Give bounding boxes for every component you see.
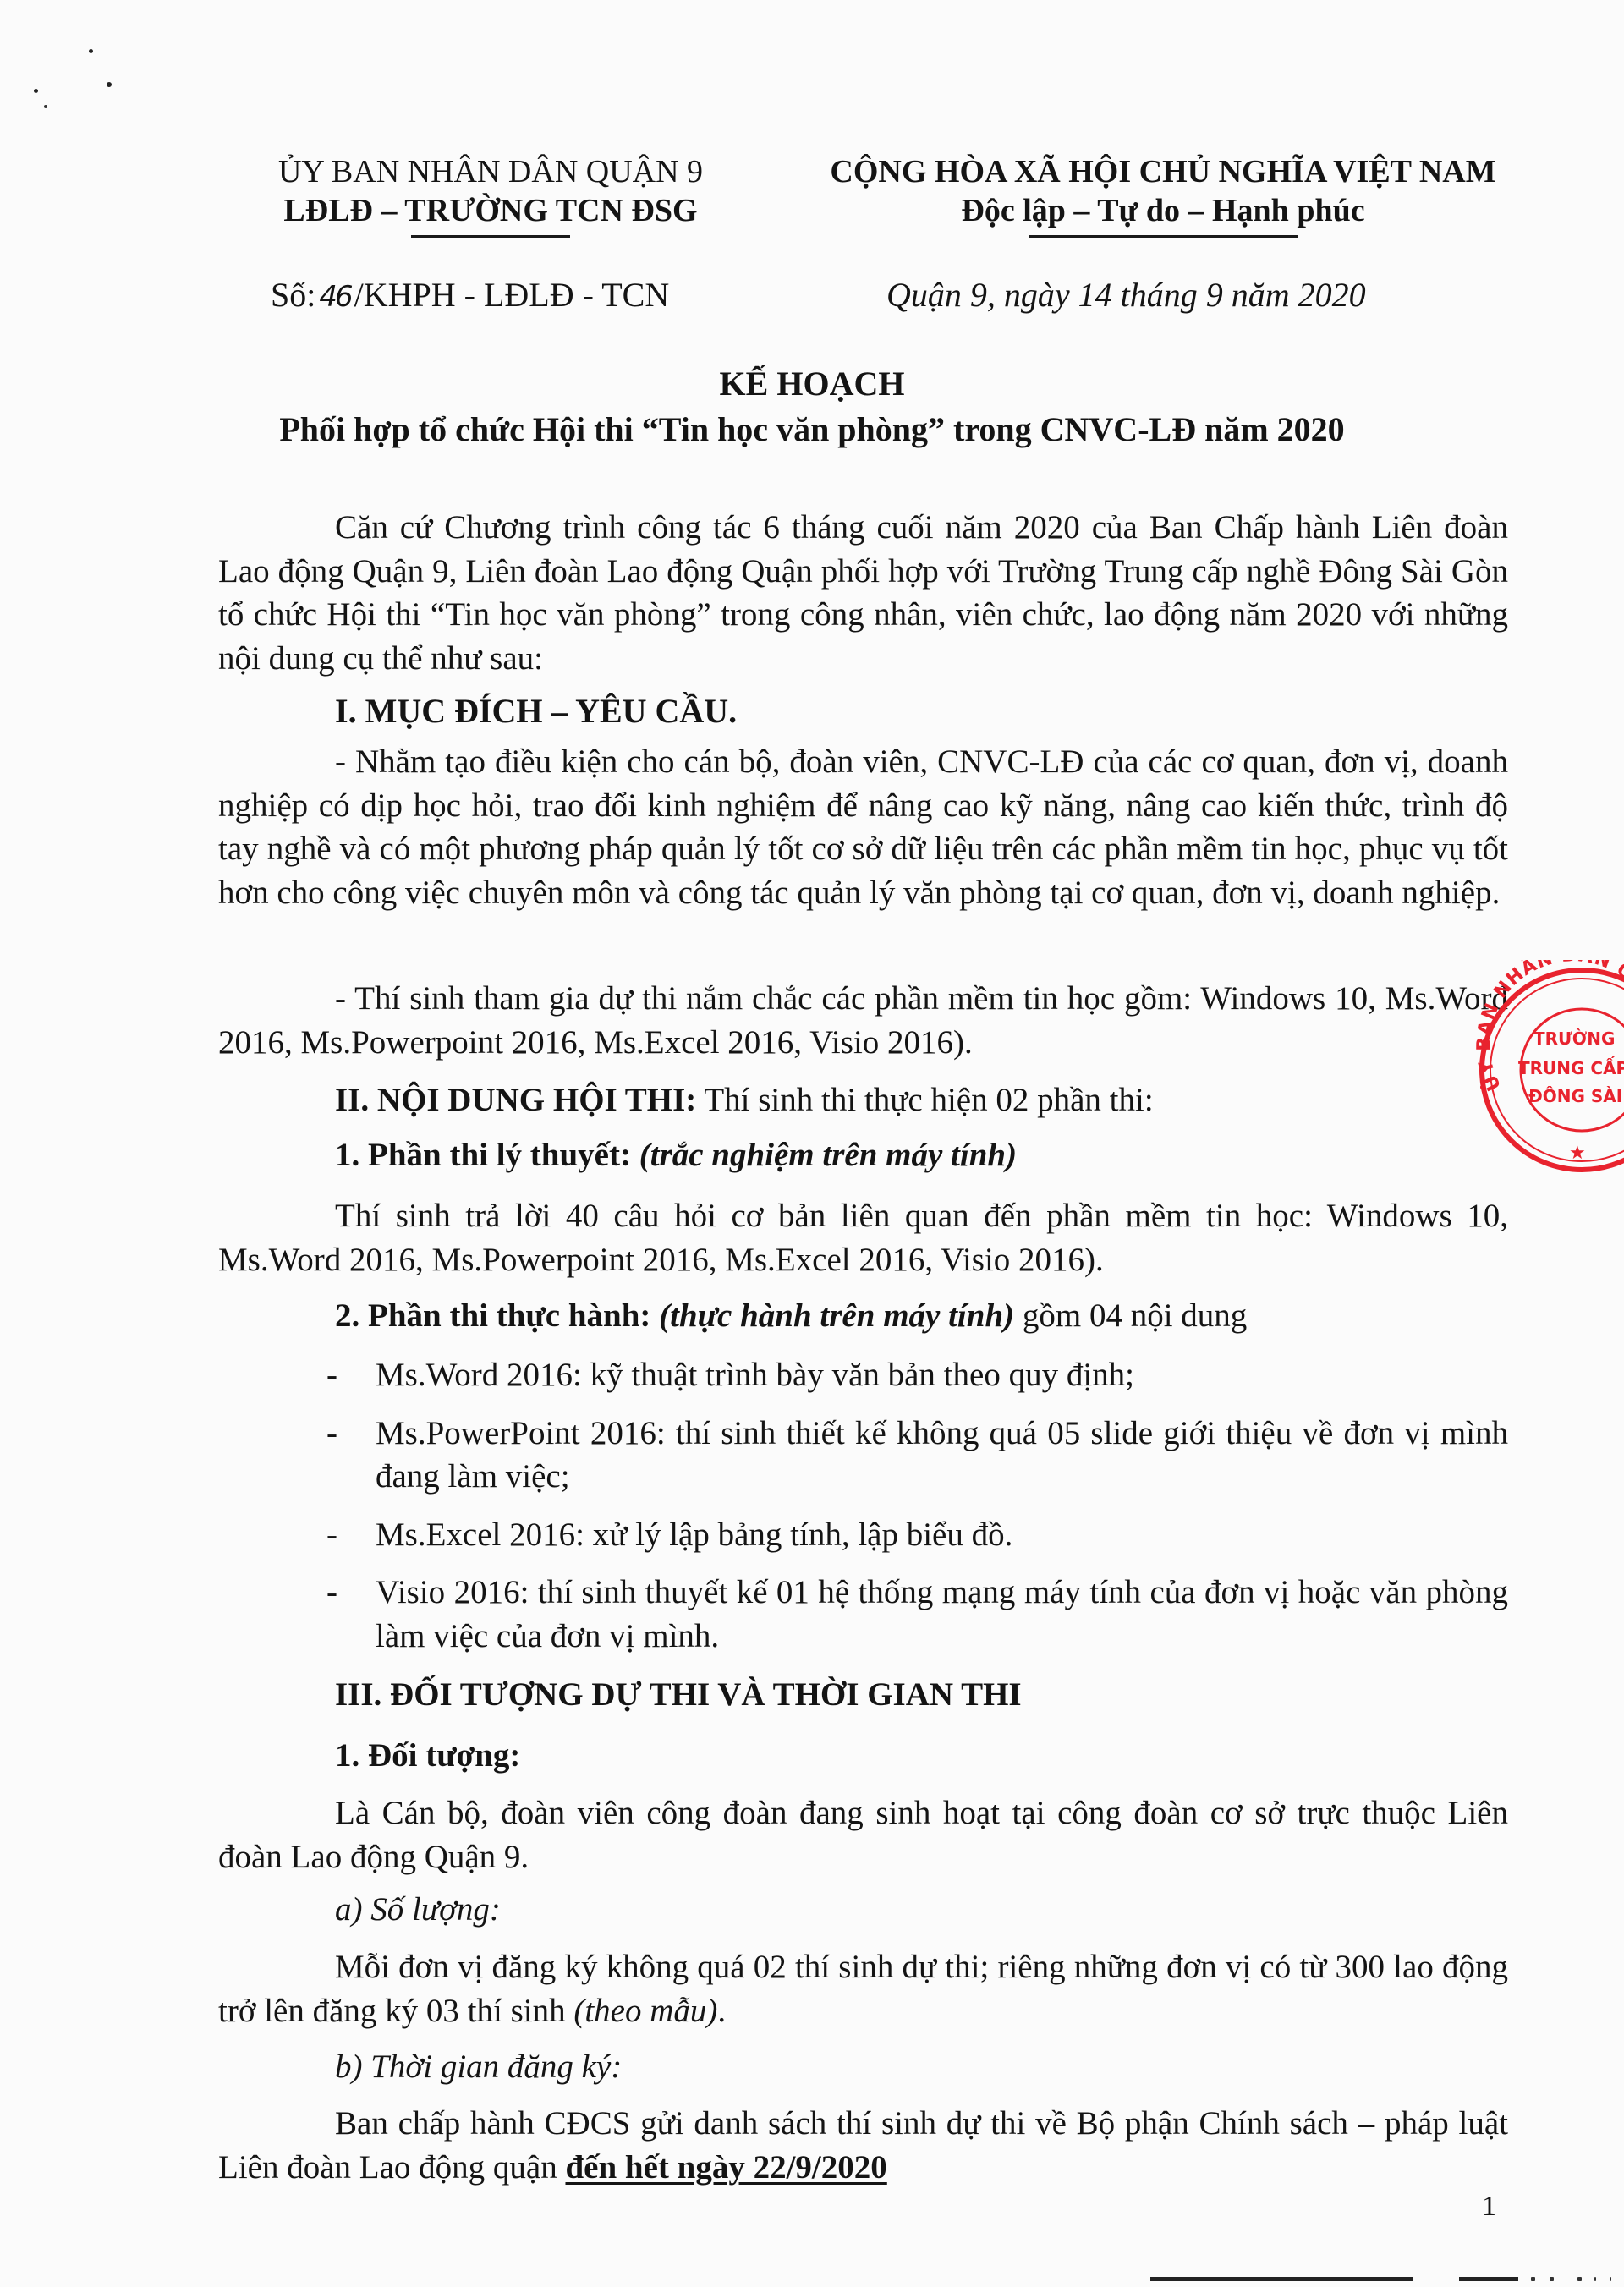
section-1-paragraph-2: - Thí sinh tham gia dự thi nắm chắc các … <box>218 977 1508 1064</box>
list-item: - Visio 2016: thí sinh thuyết kế 01 hệ t… <box>218 1571 1508 1658</box>
scan-dot <box>1610 2277 1611 2281</box>
part-2-label: 2. Phần thi thực hành: <box>335 1297 650 1334</box>
quantity-body: Mỗi đơn vị đăng ký không quá 02 thí sinh… <box>218 1945 1508 2032</box>
list-item: - Ms.Word 2016: kỹ thuật trình bày văn b… <box>218 1353 1508 1397</box>
section-2-heading-rest: Thí sinh thi thực hiện 02 phần thi: <box>696 1082 1153 1118</box>
scan-dot <box>1577 2277 1582 2281</box>
motto-underline <box>1029 235 1298 238</box>
ref-number-handwritten: 46 <box>319 280 350 314</box>
part-1-text: Thí sinh trả lời 40 câu hỏi cơ bản liên … <box>218 1194 1508 1281</box>
list-dash: - <box>218 1513 376 1557</box>
scan-line <box>1459 2277 1518 2281</box>
part-1-body: Thí sinh trả lời 40 câu hỏi cơ bản liên … <box>218 1194 1508 1281</box>
list-item-text: Ms.Excel 2016: xử lý lập bảng tính, lập … <box>376 1513 1508 1557</box>
document-reference: Số:46/KHPH - LĐLĐ - TCN <box>271 275 669 315</box>
registration-body: Ban chấp hành CĐCS gửi danh sách thí sin… <box>218 2102 1508 2189</box>
scan-speck <box>107 82 112 87</box>
list-item-text: Ms.Word 2016: kỹ thuật trình bày văn bản… <box>376 1353 1508 1397</box>
quantity-heading-row: a) Số lượng: <box>218 1888 1508 1932</box>
place-date: Quận 9, ngày 14 tháng 9 năm 2020 <box>886 275 1366 315</box>
target-heading-row: 1. Đối tượng: <box>218 1734 1508 1778</box>
scan-speck <box>89 49 93 53</box>
section-1-heading: I. MỤC ĐÍCH – YÊU CẦU. <box>218 689 1508 733</box>
stamp-line: ĐÔNG SÀI <box>1528 1086 1622 1106</box>
section-1: I. MỤC ĐÍCH – YÊU CẦU. <box>218 689 1508 733</box>
agency-underline <box>411 235 570 238</box>
registration-heading: b) Thời gian đăng ký: <box>218 2045 1508 2089</box>
document-subject: Phối hợp tổ chức Hội thi “Tin học văn ph… <box>0 409 1624 449</box>
practice-item-list: - Ms.Word 2016: kỹ thuật trình bày văn b… <box>218 1353 1508 1658</box>
stamp-line: TRƯỜNG <box>1533 1028 1615 1049</box>
part-2-rest: gồm 04 nội dung <box>1014 1297 1247 1334</box>
target-heading: 1. Đối tượng: <box>218 1734 1508 1778</box>
quantity-heading: a) Số lượng: <box>218 1888 1508 1932</box>
list-item: - Ms.Excel 2016: xử lý lập bảng tính, lậ… <box>218 1513 1508 1557</box>
national-motto: Độc lập – Tự do – Hạnh phúc <box>804 191 1522 230</box>
official-stamp: ỦY BAN NHÂN DÂN QUẬN TRƯỜNG TRUNG CẤP ĐÔ… <box>1468 960 1624 1180</box>
ref-prefix: Số: <box>271 276 315 314</box>
part-2-note: (thực hành trên máy tính) <box>650 1297 1014 1334</box>
document-type: KẾ HOẠCH <box>0 364 1624 403</box>
section-3-heading: III. ĐỐI TƯỢNG DỰ THI VÀ THỜI GIAN THI <box>218 1673 1508 1717</box>
section-1-paragraph-1: - Nhằm tạo điều kiện cho cán bộ, đoàn vi… <box>218 740 1508 914</box>
list-item-text: Ms.PowerPoint 2016: thí sinh thiết kế kh… <box>376 1412 1508 1499</box>
scan-dot <box>1550 2277 1554 2281</box>
quantity-end: . <box>717 1993 726 2029</box>
part-1-label: 1. Phần thi lý thuyết: <box>335 1137 631 1173</box>
section-2-heading: II. NỘI DUNG HỘI THI: <box>335 1082 696 1118</box>
stamp-line: TRUNG CẤP <box>1518 1056 1624 1078</box>
part-1-note: (trắc nghiệm trên máy tính) <box>631 1137 1017 1173</box>
registration-deadline: đến hết ngày 22/9/2020 <box>565 2149 886 2186</box>
list-dash: - <box>218 1412 376 1499</box>
list-item-text: Visio 2016: thí sinh thuyết kế 01 hệ thố… <box>376 1571 1508 1658</box>
quantity-text: Mỗi đơn vị đăng ký không quá 02 thí sinh… <box>218 1949 1508 2029</box>
target-body: Là Cán bộ, đoàn viên công đoàn đang sinh… <box>218 1791 1508 1878</box>
scan-speck <box>34 89 38 93</box>
section-1-body-2: - Thí sinh tham gia dự thi nắm chắc các … <box>218 977 1508 1064</box>
target-text: Là Cán bộ, đoàn viên công đoàn đang sinh… <box>218 1791 1508 1878</box>
scan-dot <box>1594 2277 1596 2281</box>
registration-heading-row: b) Thời gian đăng ký: <box>218 2045 1508 2089</box>
ref-suffix: /KHPH - LĐLĐ - TCN <box>354 276 670 314</box>
intro-paragraph: Căn cứ Chương trình công tác 6 tháng cuố… <box>218 506 1508 680</box>
part-1-heading-row: 1. Phần thi lý thuyết: (trắc nghiệm trên… <box>218 1133 1508 1177</box>
quantity-note: (theo mẫu) <box>573 1993 717 2029</box>
national-header-block: CỘNG HÒA XÃ HỘI CHỦ NGHĨA VIỆT NAM Độc l… <box>804 152 1522 238</box>
nation-name: CỘNG HÒA XÃ HỘI CHỦ NGHĨA VIỆT NAM <box>804 152 1522 191</box>
stamp-star-icon: ★ <box>1569 1143 1586 1164</box>
agency-name: ỦY BAN NHÂN DÂN QUẬN 9 <box>254 152 727 191</box>
scan-dot <box>1531 2277 1535 2281</box>
list-item: - Ms.PowerPoint 2016: thí sinh thiết kế … <box>218 1412 1508 1499</box>
list-dash: - <box>218 1353 376 1397</box>
part-2-heading-row: 2. Phần thi thực hành: (thực hành trên m… <box>218 1294 1508 1338</box>
list-dash: - <box>218 1571 376 1658</box>
unit-name: LĐLĐ – TRƯỜNG TCN ĐSG <box>254 191 727 230</box>
section-1-body: - Nhằm tạo điều kiện cho cán bộ, đoàn vi… <box>218 740 1508 914</box>
page-number: 1 <box>1482 2191 1496 2223</box>
intro-paragraph-block: Căn cứ Chương trình công tác 6 tháng cuố… <box>218 506 1508 680</box>
scan-line <box>1150 2277 1413 2281</box>
issuing-agency-block: ỦY BAN NHÂN DÂN QUẬN 9 LĐLĐ – TRƯỜNG TCN… <box>254 152 727 238</box>
scan-speck <box>44 105 47 108</box>
section-3: III. ĐỐI TƯỢNG DỰ THI VÀ THỜI GIAN THI <box>218 1673 1508 1717</box>
section-2-heading-row: II. NỘI DUNG HỘI THI: Thí sinh thi thực … <box>218 1078 1508 1122</box>
